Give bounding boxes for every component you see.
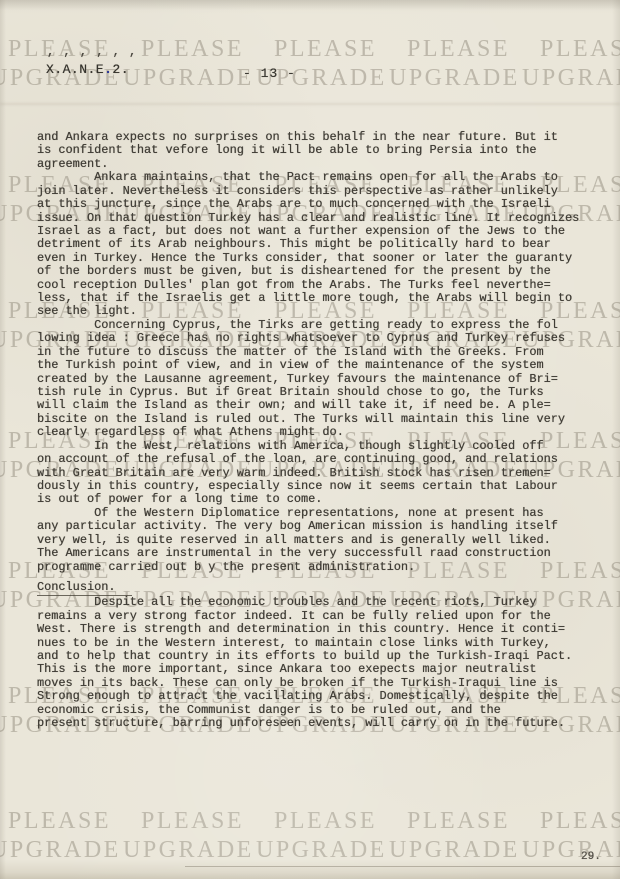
reference-code-suffix: 2. [112,62,129,77]
body-paragraphs-top: and Ankara expects no surprises on this … [37,131,609,574]
watermark-word-please: PLEASE [407,808,510,835]
watermark-word-please: PLEASE [407,36,510,63]
scanned-document-page: PLEASEPLEASEPLEASEPLEASEPLEASEUPGRADEUPG… [0,0,620,879]
watermark-word-please: PLEASE [8,808,111,835]
reference-code-text: X.A.N.E [46,62,104,77]
page-number-header: - 13 - [243,66,296,81]
watermark-word-upgrade: UPGRADE [256,837,387,864]
conclusion-heading: Conclusion. [37,581,132,596]
watermark-word-please: PLEASE [540,808,620,835]
paper-crease [0,103,620,105]
watermark-word-please: PLEASE [274,36,377,63]
watermark-word-please: PLEASE [141,808,244,835]
watermark-word-upgrade: UPGRADE [522,65,620,92]
watermark-word-please: PLEASE [540,36,620,63]
paper-bottom-crease [185,866,620,867]
watermark-word-please: PLEASE [141,36,244,63]
body-paragraphs-conclusion: Despite all the economic troubles and th… [37,596,609,730]
watermark-word-please: PLEASE [274,808,377,835]
document-body: and Ankara expects no surprises on this … [37,131,609,731]
page-number-footer: 29. [581,851,601,863]
watermark-word-upgrade: UPGRADE [522,837,620,864]
typed-comma-marks: , , , , , , [47,45,137,59]
watermark-word-upgrade: UPGRADE [0,837,121,864]
watermark-word-upgrade: UPGRADE [389,837,520,864]
paper-edge-right [612,0,620,879]
paper-edge-left [0,0,6,879]
paper-edge-top [0,0,620,10]
watermark-word-upgrade: UPGRADE [123,65,254,92]
conclusion-heading-row: Conclusion. [37,574,609,596]
watermark-word-upgrade: UPGRADE [123,837,254,864]
document-reference-code: X.A.N.E.2. [46,62,129,77]
watermark-word-upgrade: UPGRADE [389,65,520,92]
